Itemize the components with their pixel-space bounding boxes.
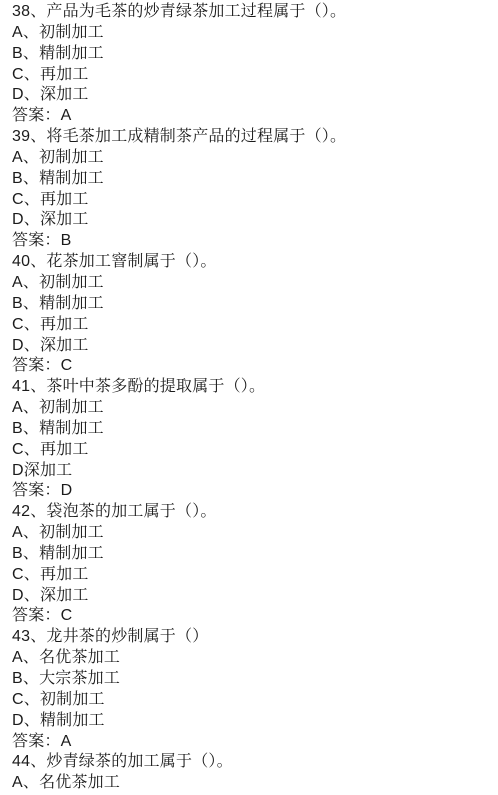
option-text: B、精制加工 — [12, 544, 492, 565]
option-text: A、名优茶加工 — [12, 773, 492, 794]
option-text: D、深加工 — [12, 586, 492, 607]
answer-text: 答案：B — [12, 231, 492, 252]
option-text: A、初制加工 — [12, 273, 492, 294]
option-text: B、精制加工 — [12, 294, 492, 315]
question-document-page: 38、产品为毛茶的炒青绿茶加工过程属于（）。A、初制加工B、精制加工C、再加工D… — [0, 0, 498, 795]
option-text: C、再加工 — [12, 565, 492, 586]
option-text: D、精制加工 — [12, 711, 492, 732]
option-text: B、精制加工 — [12, 419, 492, 440]
option-text: D、深加工 — [12, 85, 492, 106]
option-text: C、再加工 — [12, 440, 492, 461]
question-list: 38、产品为毛茶的炒青绿茶加工过程属于（）。A、初制加工B、精制加工C、再加工D… — [12, 2, 492, 794]
question-text: 38、产品为毛茶的炒青绿茶加工过程属于（）。 — [12, 2, 492, 23]
option-text: C、再加工 — [12, 65, 492, 86]
option-text: A、初制加工 — [12, 523, 492, 544]
answer-text: 答案：C — [12, 356, 492, 377]
question-text: 44、炒青绿茶的加工属于（）。 — [12, 752, 492, 773]
option-text: B、精制加工 — [12, 169, 492, 190]
question-text: 42、袋泡茶的加工属于（）。 — [12, 502, 492, 523]
option-text: C、再加工 — [12, 315, 492, 336]
option-text: D、深加工 — [12, 210, 492, 231]
option-text: A、初制加工 — [12, 23, 492, 44]
question-text: 41、茶叶中茶多酚的提取属于（）。 — [12, 377, 492, 398]
option-text: C、初制加工 — [12, 690, 492, 711]
answer-text: 答案：C — [12, 606, 492, 627]
option-text: D深加工 — [12, 461, 492, 482]
option-text: B、大宗茶加工 — [12, 669, 492, 690]
answer-text: 答案：A — [12, 732, 492, 753]
question-text: 40、花茶加工窨制属于（）。 — [12, 252, 492, 273]
option-text: A、初制加工 — [12, 148, 492, 169]
question-text: 39、将毛茶加工成精制茶产品的过程属于（）。 — [12, 127, 492, 148]
answer-text: 答案：D — [12, 481, 492, 502]
question-text: 43、龙井茶的炒制属于（） — [12, 627, 492, 648]
option-text: B、精制加工 — [12, 44, 492, 65]
option-text: A、名优茶加工 — [12, 648, 492, 669]
option-text: D、深加工 — [12, 336, 492, 357]
option-text: C、再加工 — [12, 190, 492, 211]
answer-text: 答案：A — [12, 106, 492, 127]
option-text: A、初制加工 — [12, 398, 492, 419]
